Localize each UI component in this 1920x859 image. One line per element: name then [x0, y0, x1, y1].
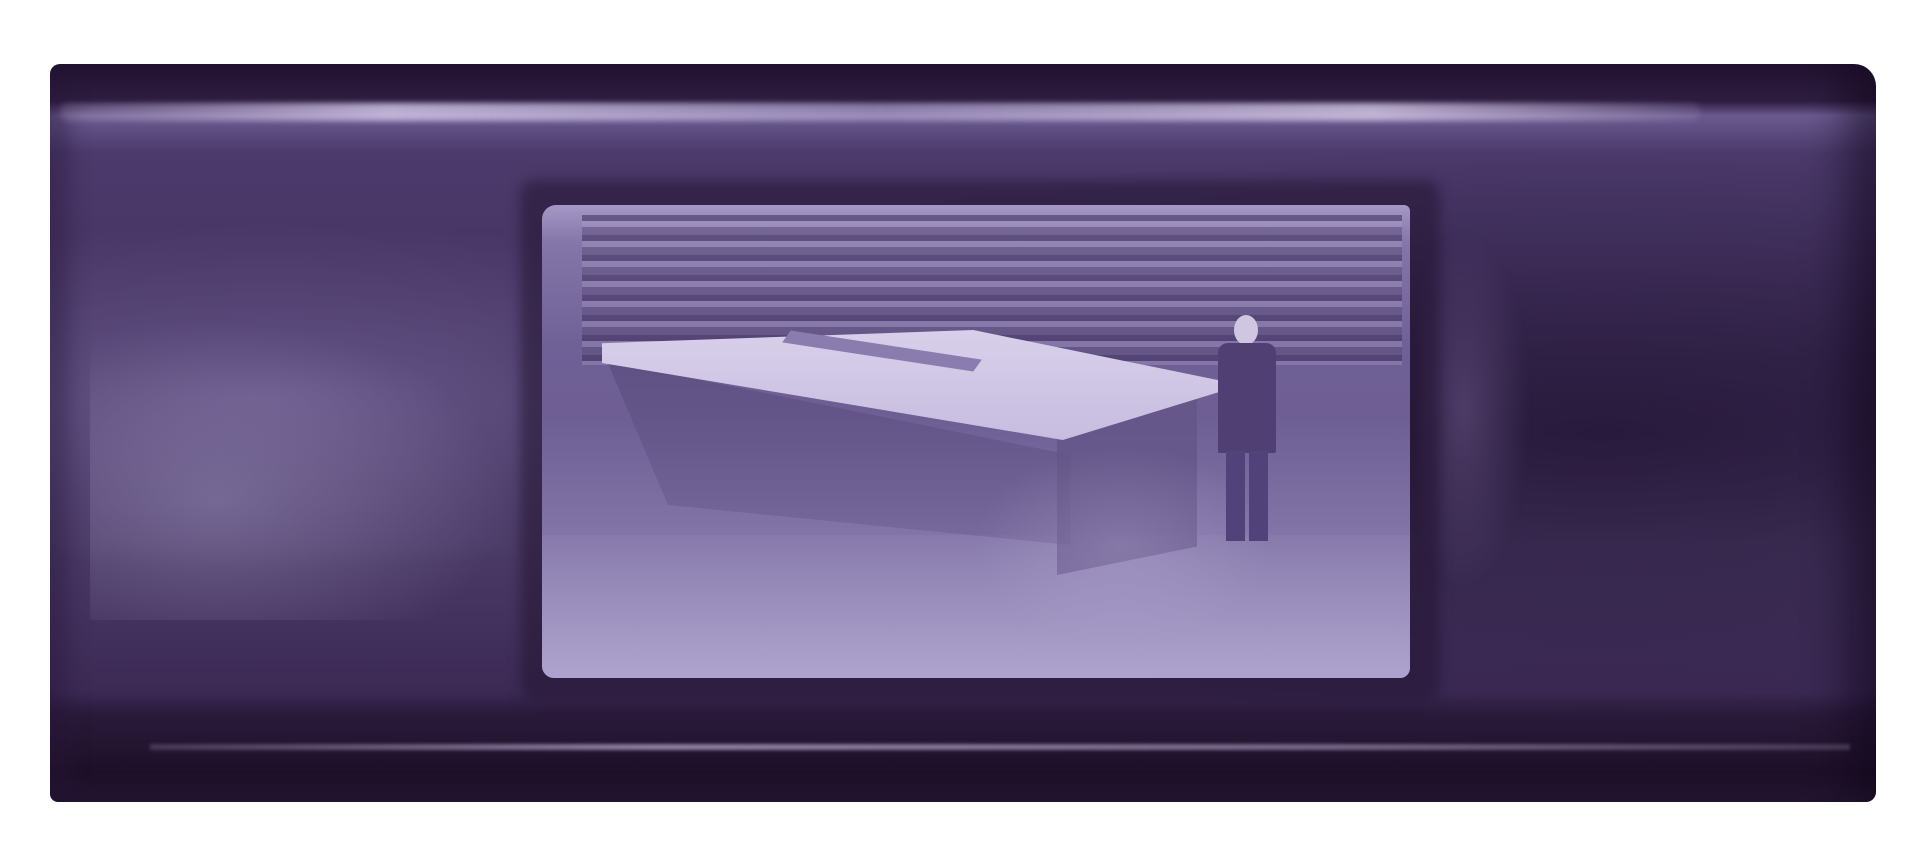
plate-left-wash [90, 320, 510, 620]
vintage-photograph [542, 205, 1410, 678]
plate-top-edge [60, 103, 1700, 121]
plate-bottom-edge [150, 744, 1850, 750]
man-legs [1226, 451, 1268, 541]
man-head [1234, 315, 1258, 345]
standing-man [1212, 315, 1282, 545]
man-suit [1218, 343, 1276, 453]
